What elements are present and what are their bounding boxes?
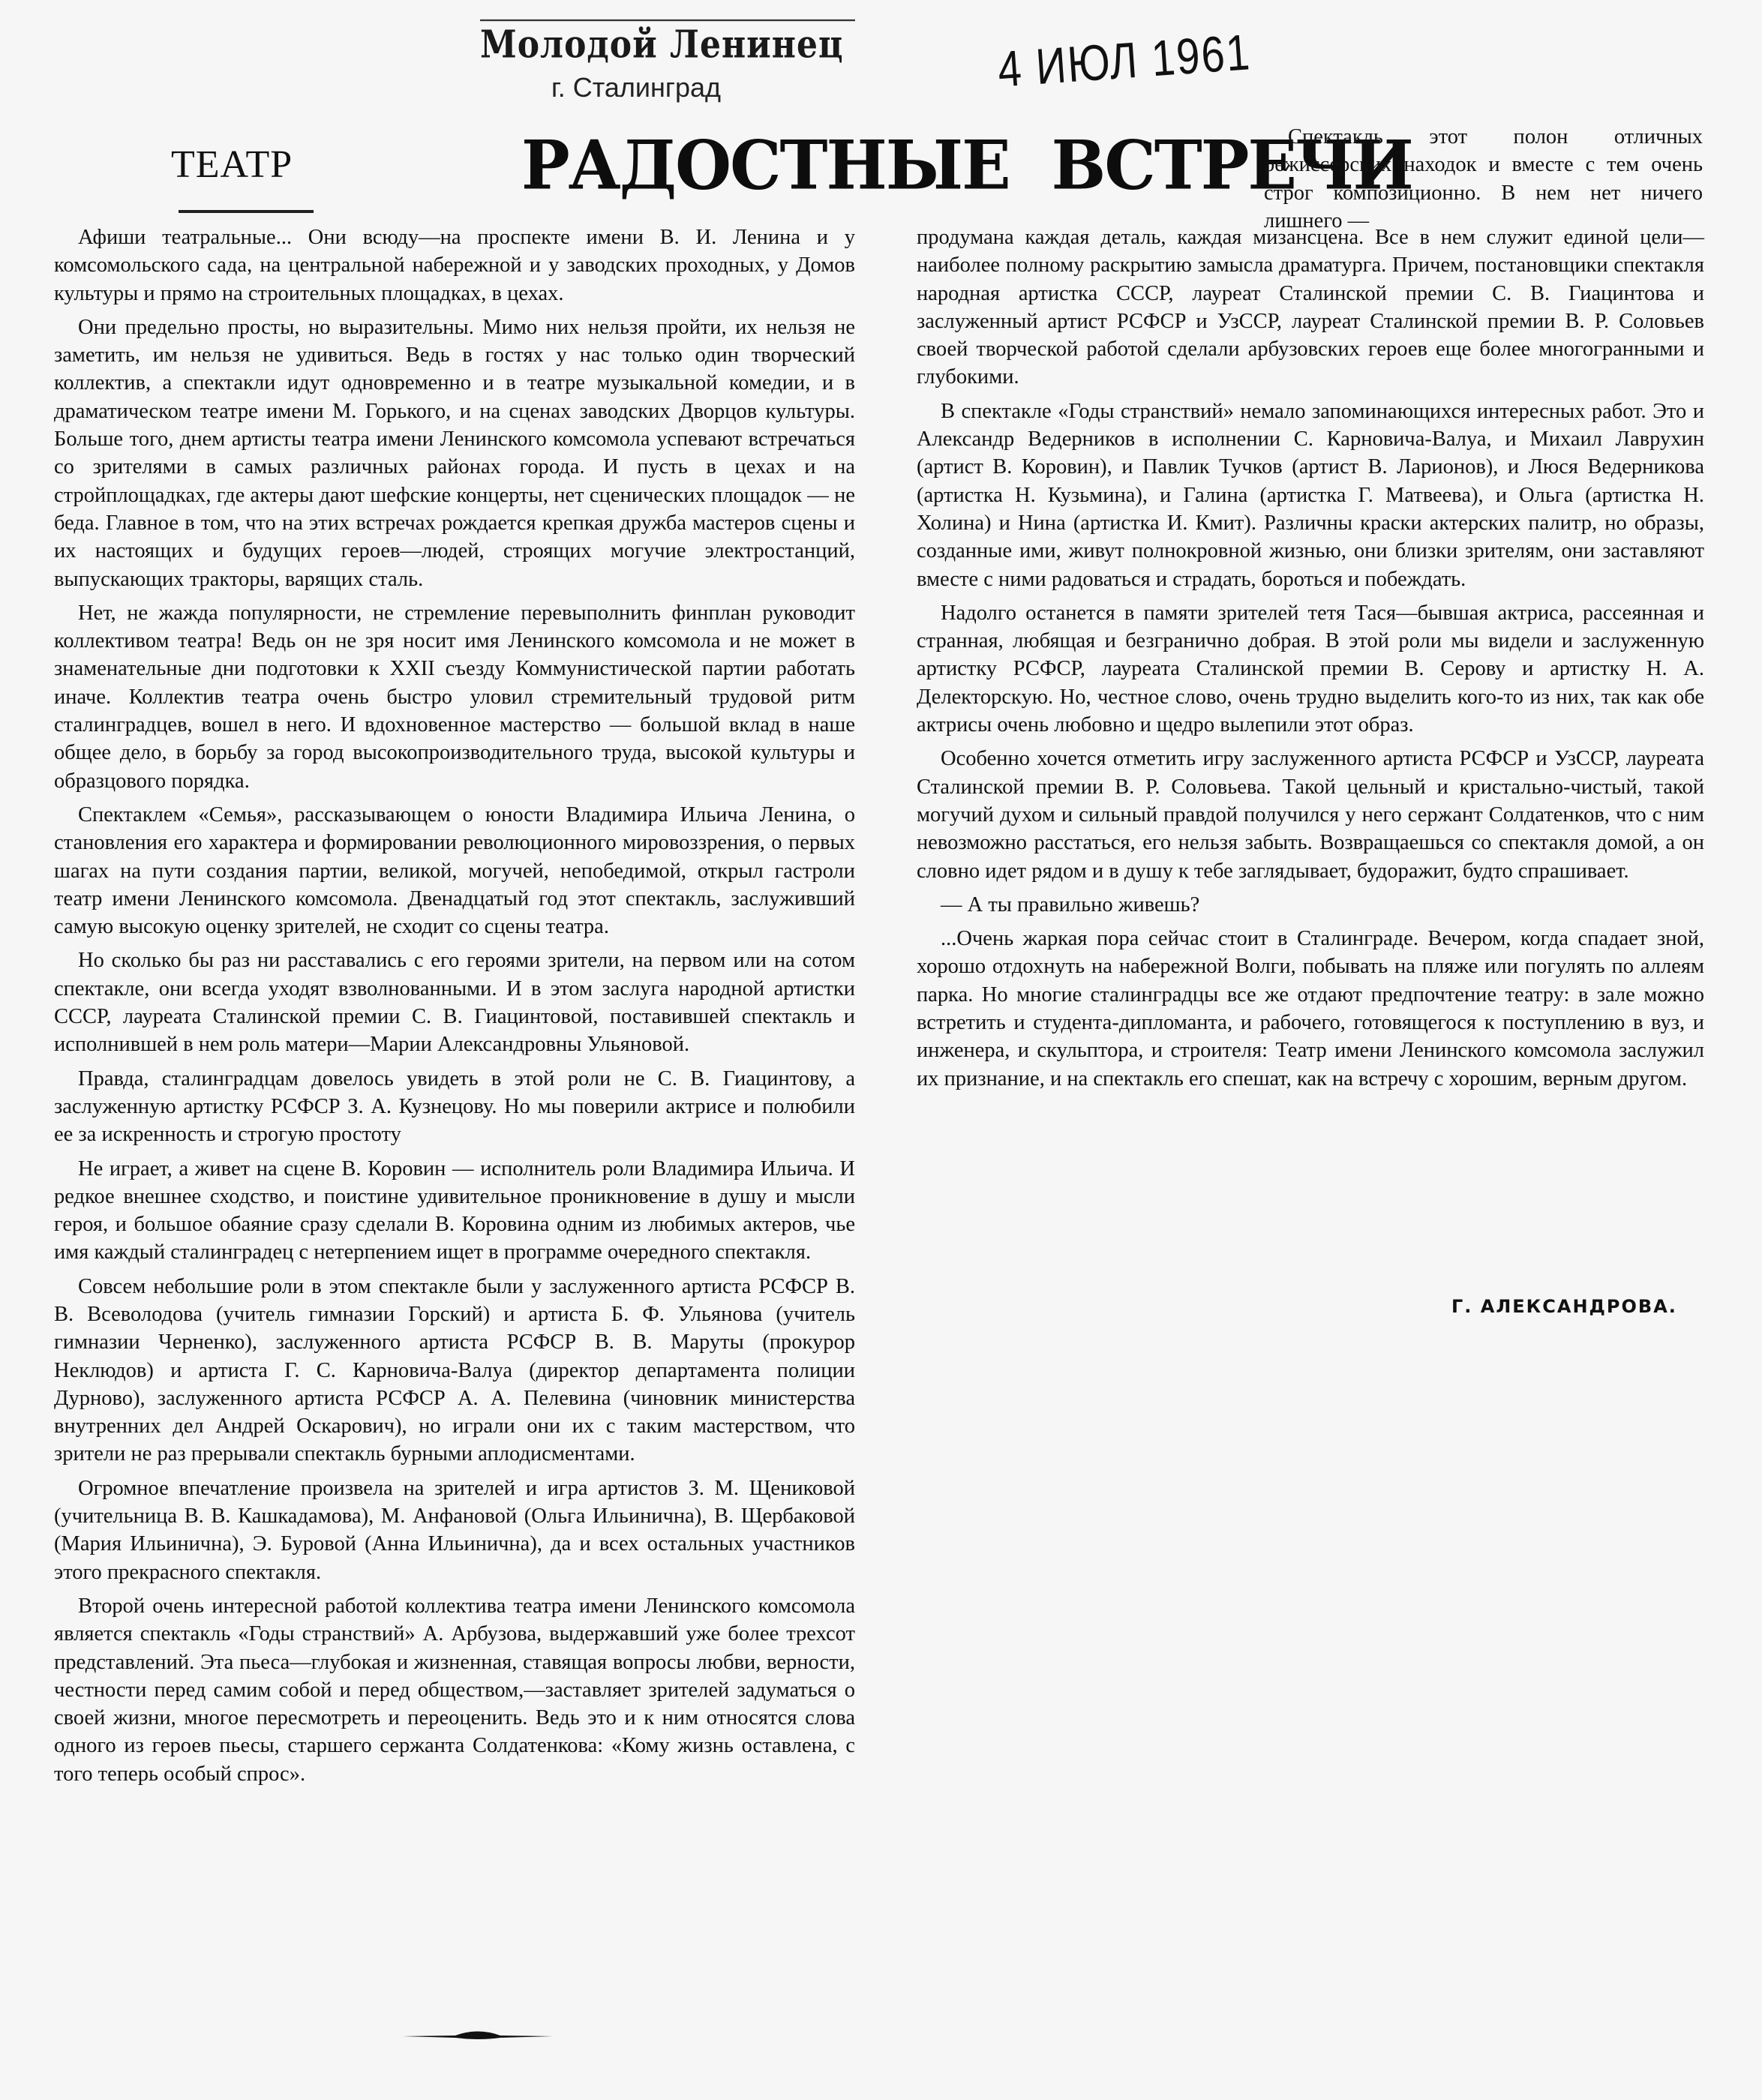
- section-rubric: ТЕАТР: [171, 142, 293, 187]
- paragraph: Нет, не жажда популярности, не стремлени…: [54, 599, 855, 795]
- paragraph: Но сколько бы раз ни расставались с его …: [54, 946, 855, 1058]
- newspaper-city: г. Сталинград: [551, 72, 721, 103]
- newspaper-masthead: Молодой Ленинец: [480, 19, 855, 67]
- paragraph: Особенно хочется отметить игру заслуженн…: [917, 745, 1704, 884]
- article-right-column: продумана каждая деталь, каждая мизансце…: [917, 223, 1704, 1099]
- paragraph: ...Очень жаркая пора сейчас стоит в Стал…: [917, 925, 1704, 1093]
- date-stamp: 4 ИЮЛ 1961: [996, 22, 1253, 98]
- paragraph: Совсем небольшие роли в этом спектакле б…: [54, 1273, 855, 1468]
- rubric-underline-divider: [179, 210, 314, 213]
- paragraph: Афиши театральные... Они всюду—на проспе…: [54, 223, 855, 307]
- end-ornament-divider: [403, 2029, 553, 2044]
- paragraph: Спектакль этот полон отличных режиссерск…: [1264, 123, 1703, 235]
- paragraph: В спектакле «Годы странствий» немало зап…: [917, 397, 1704, 593]
- article-left-column: Афиши театральные... Они всюду—на проспе…: [54, 223, 855, 1794]
- paragraph: Огромное впечатление произвела на зрител…: [54, 1474, 855, 1586]
- paragraph: Они предельно просты, но выразительны. М…: [54, 313, 855, 593]
- article-right-column-lead: Спектакль этот полон отличных режиссерск…: [1264, 123, 1703, 235]
- dialogue-line: — А ты правильно живешь?: [917, 891, 1704, 919]
- paragraph: продумана каждая деталь, каждая мизансце…: [917, 223, 1704, 391]
- paragraph: Правда, сталинградцам довелось увидеть в…: [54, 1065, 855, 1149]
- paragraph: Второй очень интересной работой коллекти…: [54, 1592, 855, 1788]
- paragraph: Не играет, а живет на сцене В. Коровин —…: [54, 1155, 855, 1267]
- paragraph: Спектаклем «Семья», рассказывающем о юно…: [54, 801, 855, 940]
- paragraph: Надолго останется в памяти зрителей тетя…: [917, 599, 1704, 739]
- author-signature: Г. АЛЕКСАНДРОВА.: [1451, 1296, 1677, 1317]
